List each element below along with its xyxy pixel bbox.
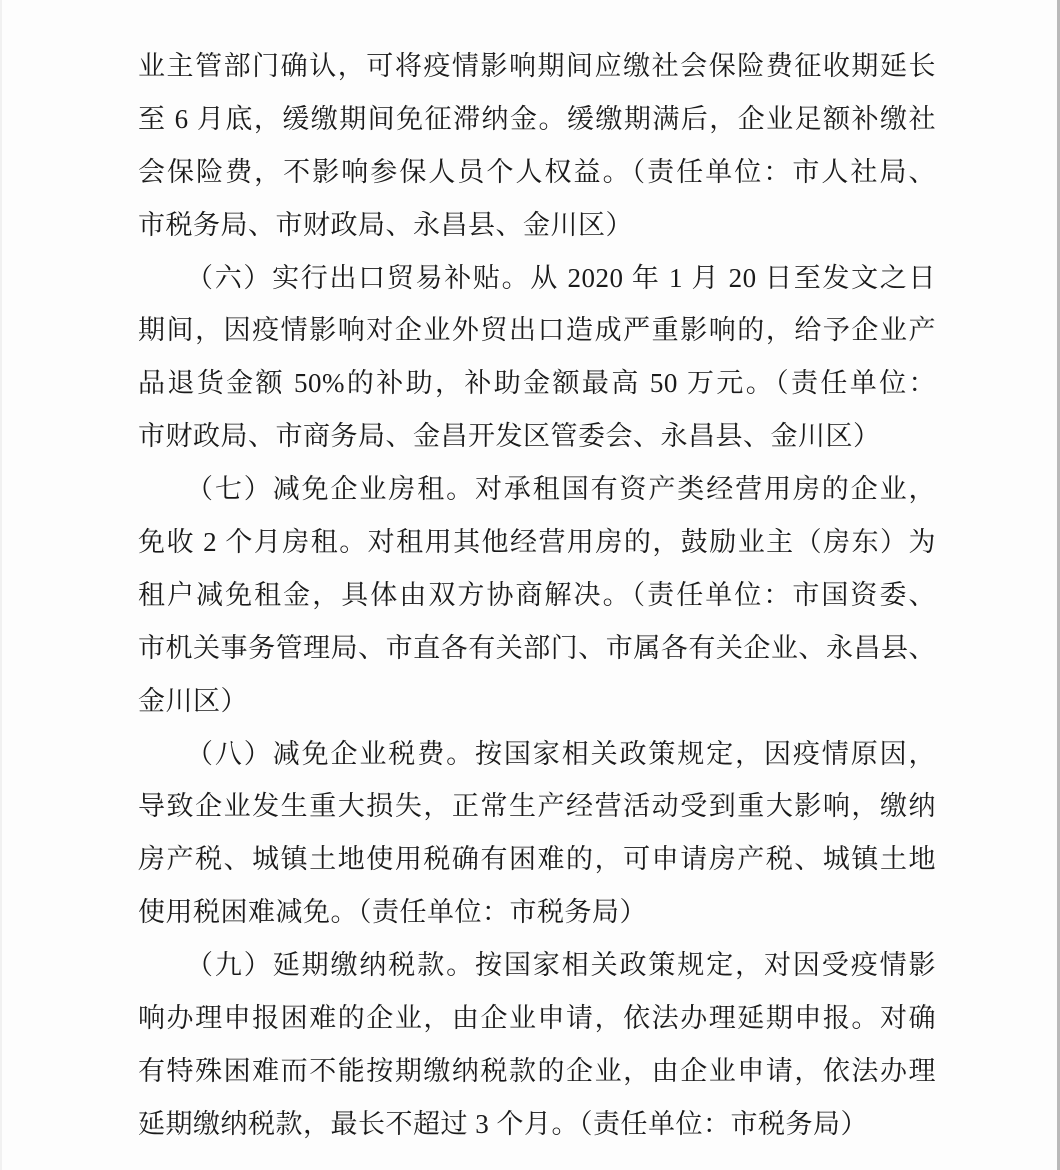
document-line: 延期缴纳税款，最长不超过 3 个月。（责任单位：市税务局） bbox=[138, 1098, 936, 1151]
document-line: 免收 2 个月房租。对租用其他经营用房的，鼓励业主（房东）为 bbox=[138, 516, 936, 569]
document-line section-9-heading-line: （九）延期缴纳税款。按国家相关政策规定，对因受疫情影 bbox=[138, 939, 936, 992]
document-line: 业主管部门确认，可将疫情影响期间应缴社会保险费征收期延长 bbox=[138, 40, 936, 93]
document-line: 至 6 月底，缓缴期间免征滞纳金。缓缴期满后，企业足额补缴社 bbox=[138, 93, 936, 146]
document-line section-7-heading-line: （七）减免企业房租。对承租国有资产类经营用房的企业， bbox=[138, 463, 936, 516]
document-text-block: 业主管部门确认，可将疫情影响期间应缴社会保险费征收期延长 至 6 月底，缓缴期间… bbox=[138, 40, 936, 1151]
document-line: 市机关事务管理局、市直各有关部门、市属各有关企业、永昌县、 bbox=[138, 622, 936, 675]
document-page: 业主管部门确认，可将疫情影响期间应缴社会保险费征收期延长 至 6 月底，缓缴期间… bbox=[0, 0, 1060, 1170]
document-line: 响办理申报困难的企业，由企业申请，依法办理延期申报。对确 bbox=[138, 992, 936, 1045]
document-line: 房产税、城镇土地使用税确有困难的，可申请房产税、城镇土地 bbox=[138, 833, 936, 886]
document-line: 有特殊困难而不能按期缴纳税款的企业，由企业申请，依法办理 bbox=[138, 1045, 936, 1098]
document-line: 市财政局、市商务局、金昌开发区管委会、永昌县、金川区） bbox=[138, 410, 936, 463]
document-line: 导致企业发生重大损失，正常生产经营活动受到重大影响，缴纳 bbox=[138, 780, 936, 833]
scan-left-edge bbox=[0, 0, 2, 1170]
document-line section-6-heading-line: （六）实行出口贸易补贴。从 2020 年 1 月 20 日至发文之日 bbox=[138, 252, 936, 305]
document-line: 金川区） bbox=[138, 675, 936, 728]
document-line: 市税务局、市财政局、永昌县、金川区） bbox=[138, 199, 936, 252]
document-line: 期间，因疫情影响对企业外贸出口造成严重影响的，给予企业产 bbox=[138, 304, 936, 357]
document-line: 品退货金额 50%的补助，补助金额最高 50 万元。（责任单位： bbox=[138, 357, 936, 410]
document-line: 会保险费，不影响参保人员个人权益。（责任单位：市人社局、 bbox=[138, 146, 936, 199]
document-line section-8-heading-line: （八）减免企业税费。按国家相关政策规定，因疫情原因， bbox=[138, 728, 936, 781]
document-line: 租户减免租金，具体由双方协商解决。（责任单位：市国资委、 bbox=[138, 569, 936, 622]
document-line: 使用税困难减免。（责任单位：市税务局） bbox=[138, 886, 936, 939]
